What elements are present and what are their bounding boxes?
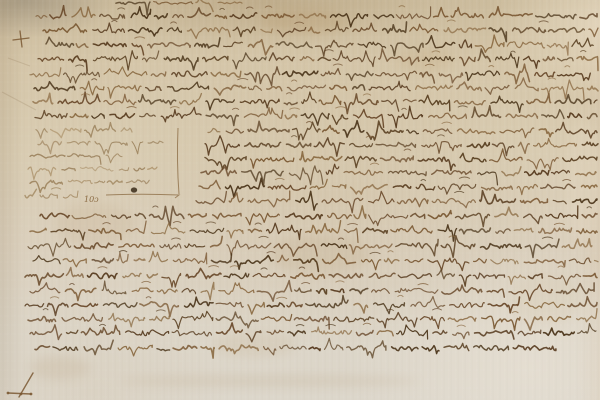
abbreviation-mark [542, 237, 553, 239]
ink-word-stroke [474, 259, 487, 263]
cross-dot [20, 393, 23, 396]
ink-word-stroke [323, 126, 339, 134]
ink-word-stroke [119, 168, 128, 171]
ink-word-stroke [201, 167, 236, 176]
ink-word-stroke [53, 347, 78, 351]
box-vertical-rule [177, 128, 179, 194]
ink-word-stroke [398, 274, 431, 279]
cross-marks [7, 31, 33, 397]
ink-word-stroke [199, 180, 220, 188]
abbreviation-mark [112, 20, 118, 22]
ink-word-stroke [233, 27, 255, 37]
ink-word-stroke [377, 331, 393, 336]
abbreviation-mark [489, 66, 495, 68]
ink-word-stroke [205, 136, 239, 155]
ink-word-stroke [28, 167, 56, 179]
ink-word-stroke [491, 96, 523, 112]
ink-word-stroke [154, 2, 193, 5]
ink-word-stroke [397, 198, 428, 207]
ink-word-stroke [422, 346, 439, 354]
ink-word-stroke [300, 57, 314, 61]
abbreviation-mark [237, 78, 248, 80]
ink-word-stroke [444, 343, 469, 350]
ink-word-stroke [475, 35, 504, 52]
ink-word-stroke [350, 143, 373, 147]
bottom-margin-cross-icon [7, 373, 33, 397]
abbreviation-mark [336, 281, 345, 283]
abbreviation-mark [554, 223, 565, 225]
ink-word-stroke [126, 180, 149, 184]
ink-word-stroke [478, 172, 498, 185]
abbreviation-mark [301, 282, 310, 284]
ink-word-stroke [518, 330, 541, 335]
ink-word-stroke [416, 184, 435, 190]
ink-word-stroke [224, 273, 249, 278]
abbreviation-mark [291, 80, 297, 82]
ink-word-stroke [513, 28, 546, 33]
ink-word-stroke [515, 78, 538, 91]
ink-word-stroke [372, 289, 390, 294]
ink-word-stroke [35, 111, 67, 119]
ink-word-stroke [325, 338, 343, 350]
ink-word-stroke [429, 113, 467, 119]
box-horizontal-rule [106, 194, 179, 198]
ink-word-stroke [92, 258, 113, 263]
ink-word-stroke [140, 114, 156, 117]
ink-word-stroke [369, 273, 395, 278]
ink-word-stroke [374, 15, 394, 19]
ink-word-stroke [155, 14, 168, 19]
ink-word-stroke [388, 106, 422, 128]
ink-word-stroke [157, 289, 177, 293]
ink-word-stroke [428, 211, 451, 219]
abbreviation-mark [98, 267, 108, 269]
ink-word-stroke [147, 274, 157, 278]
abbreviation-mark [246, 7, 253, 9]
ink-word-stroke [500, 128, 534, 138]
abbreviation-mark [565, 66, 570, 68]
ink-word-stroke [393, 185, 410, 188]
ink-word-stroke [261, 315, 291, 322]
ink-word-stroke [227, 230, 243, 238]
ink-word-stroke [188, 214, 206, 218]
ink-word-stroke [328, 213, 352, 218]
ink-word-stroke [282, 71, 317, 76]
ink-word-stroke [81, 325, 120, 335]
ink-word-stroke [358, 42, 386, 48]
ink-word-stroke [64, 71, 100, 83]
ink-word-stroke [369, 214, 408, 225]
ink-word-stroke [109, 313, 145, 326]
ink-word-stroke [84, 340, 113, 354]
ink-word-stroke [287, 85, 325, 91]
ink-word-stroke [489, 28, 506, 42]
ink-word-stroke [506, 113, 537, 118]
abbreviation-mark [153, 206, 159, 208]
ink-word-stroke [543, 57, 554, 61]
ink-word-stroke [201, 282, 214, 300]
ink-word-stroke [420, 72, 435, 83]
ink-word-stroke [295, 288, 311, 292]
ink-word-stroke [507, 42, 544, 48]
ink-word-stroke [524, 214, 543, 223]
abbreviation-mark [170, 107, 180, 109]
ink-word-stroke [354, 303, 368, 313]
ink-word-stroke [472, 106, 501, 118]
ink-word-stroke [558, 58, 574, 61]
abbreviation-mark [265, 6, 272, 8]
ink-word-stroke [589, 28, 598, 36]
ink-word-stroke [216, 302, 243, 307]
ink-word-stroke [81, 167, 114, 171]
ink-word-stroke [70, 114, 88, 118]
ink-word-stroke [146, 86, 162, 90]
abbreviation-mark [99, 324, 106, 326]
ink-word-stroke [215, 15, 226, 18]
ink-word-stroke [345, 156, 376, 167]
ink-word-stroke [407, 130, 419, 134]
ink-word-stroke [332, 115, 347, 124]
ink-word-stroke [107, 180, 122, 184]
ink-word-stroke [164, 56, 198, 70]
ink-word-stroke [195, 38, 220, 48]
ink-word-stroke [356, 331, 373, 336]
ink-word-stroke [416, 85, 453, 90]
top-margin-cross-icon [13, 31, 29, 47]
ink-word-stroke [187, 27, 230, 38]
ink-word-stroke [314, 138, 344, 156]
ink-word-stroke [248, 191, 290, 207]
ink-word-stroke [383, 22, 407, 33]
ink-word-stroke [36, 15, 47, 18]
ink-word-stroke [346, 71, 373, 80]
ink-word-stroke [34, 82, 75, 91]
ink-word-stroke [188, 8, 211, 17]
ink-word-stroke [524, 56, 540, 68]
ink-word-stroke [489, 7, 532, 18]
ink-word-stroke [395, 288, 438, 293]
ink-word-stroke [539, 228, 572, 233]
ink-word-stroke [36, 129, 47, 139]
abbreviation-mark [276, 297, 287, 299]
ink-word-stroke [135, 213, 145, 218]
ink-word-stroke [72, 7, 95, 17]
ink-word-stroke [117, 253, 128, 263]
ink-word-stroke [100, 14, 125, 19]
ink-word-stroke [219, 283, 254, 294]
ink-word-stroke [51, 128, 82, 137]
abbreviation-mark [208, 266, 219, 268]
ink-word-stroke [467, 143, 489, 148]
ink-word-stroke [396, 239, 438, 255]
ink-word-stroke [369, 81, 410, 91]
abbreviation-mark [259, 236, 269, 238]
ink-word-stroke [318, 58, 330, 61]
ink-word-stroke [594, 100, 597, 103]
abbreviation-mark [134, 37, 145, 39]
abbreviation-mark [442, 122, 452, 124]
ink-word-stroke [267, 223, 302, 239]
ink-word-stroke [410, 24, 438, 33]
ink-word-stroke [235, 256, 273, 270]
abbreviation-mark [51, 188, 61, 190]
ink-word-stroke [182, 288, 196, 293]
abbreviation-mark [261, 268, 268, 270]
margin-figure-label: 10ɔ [84, 195, 99, 204]
ink-word-stroke [329, 274, 363, 279]
ink-word-stroke [548, 28, 584, 32]
abbreviation-mark [220, 8, 225, 10]
ink-word-stroke [65, 288, 95, 300]
ink-word-stroke [126, 330, 169, 336]
ink-word-stroke [132, 288, 153, 292]
ink-word-stroke [306, 221, 341, 234]
ink-word-stroke [102, 281, 126, 294]
crease-layer [2, 58, 36, 110]
ink-word-stroke [67, 141, 90, 145]
ink-word-stroke [76, 44, 88, 48]
abbreviation-mark [146, 297, 151, 299]
ink-word-stroke [173, 311, 213, 328]
ink-word-stroke [248, 229, 261, 232]
ink-word-stroke [542, 110, 564, 119]
ink-word-stroke [157, 349, 170, 351]
ink-word-stroke [267, 330, 283, 334]
ink-word-stroke [30, 283, 60, 293]
abbreviation-mark [558, 266, 564, 268]
ink-word-stroke [434, 8, 448, 17]
ink-word-stroke [67, 330, 78, 333]
ink-word-stroke [321, 69, 340, 76]
ink-word-stroke [453, 332, 469, 339]
ink-word-stroke [344, 170, 382, 175]
ink-word-stroke [451, 8, 483, 18]
ink-word-stroke [103, 303, 137, 308]
ink-word-stroke [369, 191, 394, 204]
abbreviation-mark [398, 295, 404, 297]
abbreviation-mark [432, 309, 442, 311]
ink-word-stroke [245, 142, 281, 147]
ink-word-stroke [428, 258, 469, 270]
ink-word-stroke [444, 28, 486, 33]
ink-word-stroke [439, 73, 462, 83]
abbreviation-mark [457, 325, 466, 327]
abbreviation-mark [306, 122, 312, 124]
ink-word-stroke [185, 297, 214, 307]
ink-word-stroke [162, 274, 181, 288]
abbreviation-mark [363, 323, 371, 325]
ink-word-stroke [172, 331, 211, 336]
ink-word-stroke [33, 93, 53, 103]
ink-word-stroke [496, 229, 510, 233]
ink-word-stroke [459, 40, 471, 48]
ink-word-stroke [454, 101, 485, 105]
ink-word-stroke [474, 345, 509, 350]
abbreviation-mark [399, 6, 405, 8]
abbreviation-mark [447, 20, 456, 22]
margin-note-box [106, 128, 179, 198]
ink-word-stroke [536, 14, 576, 19]
ink-word-stroke [405, 259, 423, 263]
ink-word-stroke [150, 316, 169, 321]
ink-word-stroke [80, 81, 104, 95]
ink-word-stroke [206, 114, 238, 125]
ink-word-stroke [572, 38, 593, 47]
ink-word-stroke [69, 56, 87, 71]
ink-word-stroke [38, 57, 64, 61]
abbreviation-mark [117, 8, 125, 10]
abbreviation-mark [142, 281, 151, 283]
ink-word-stroke [583, 273, 597, 277]
ink-word-stroke [148, 167, 157, 169]
manuscript-photo: 10ɔ [0, 0, 600, 400]
abbreviation-mark [347, 223, 358, 225]
ink-word-stroke [287, 302, 302, 306]
ink-word-stroke [296, 191, 317, 210]
ink-word-stroke [587, 114, 597, 119]
abbreviation-mark [91, 79, 97, 81]
ink-word-stroke [206, 99, 234, 110]
ink-word-stroke [269, 53, 294, 61]
ink-word-stroke [248, 86, 261, 90]
ink-word-stroke [595, 261, 599, 262]
ink-word-stroke [367, 121, 403, 140]
abbreviation-mark [580, 50, 586, 52]
ink-word-stroke [487, 289, 504, 297]
abbreviation-mark [437, 135, 444, 137]
ink-word-stroke [224, 42, 243, 46]
ink-word-stroke [88, 273, 118, 278]
ink-word-stroke [353, 85, 365, 90]
ink-word-stroke [267, 87, 282, 91]
ink-word-stroke [513, 346, 556, 351]
stain-blotch [30, 356, 90, 380]
ink-word-stroke [438, 225, 457, 241]
ink-word-stroke [334, 317, 374, 322]
abbreviation-mark [363, 94, 371, 96]
ink-word-stroke [363, 228, 388, 233]
ink-word-stroke [437, 270, 454, 279]
ink-word-stroke [62, 314, 102, 322]
ink-word-stroke [389, 171, 427, 176]
ink-word-stroke [148, 141, 163, 143]
ink-word-stroke [580, 14, 597, 19]
ink-word-stroke [588, 86, 598, 91]
ink-word-stroke [134, 259, 145, 261]
ink-word-stroke [475, 331, 514, 339]
ink-word-stroke [419, 95, 450, 111]
ink-word-stroke [289, 166, 323, 185]
ink-word-stroke [140, 302, 178, 317]
ink-word-stroke [480, 191, 516, 204]
ink-word-stroke [203, 56, 228, 61]
ink-word-stroke [481, 244, 522, 249]
ink-word-stroke [118, 345, 152, 356]
ink-word-stroke [106, 154, 122, 163]
abbreviation-mark [404, 149, 411, 151]
ink-word-stroke [139, 95, 176, 105]
ink-word-stroke [151, 72, 166, 76]
ink-word-stroke [568, 113, 582, 117]
abbreviation-mark [173, 221, 181, 223]
abbreviation-mark [548, 78, 556, 80]
ink-word-stroke [578, 324, 596, 334]
ink-word-stroke [253, 273, 285, 277]
ink-word-stroke [562, 239, 592, 249]
ink-word-stroke [392, 347, 418, 351]
ink-word-stroke [116, 2, 150, 15]
ink-word-stroke [396, 7, 430, 19]
ink-word-stroke [285, 115, 296, 119]
ink-word-stroke [347, 341, 386, 358]
ink-word-stroke [514, 228, 533, 232]
ink-word-stroke [226, 178, 265, 197]
ink-word-stroke [344, 94, 378, 114]
ink-word-stroke [132, 142, 143, 154]
ink-word-stroke [212, 254, 232, 263]
margin-note-block: 10ɔ [25, 123, 179, 205]
abbreviation-mark [127, 107, 137, 109]
abbreviation-mark [171, 238, 180, 240]
ink-word-stroke [63, 259, 86, 267]
stain-blotch [120, 375, 420, 387]
ink-word-stroke [432, 199, 475, 208]
ink-word-stroke [547, 42, 568, 55]
abbreviation-mark [275, 178, 284, 180]
ink-word-stroke [143, 51, 159, 62]
ink-word-stroke [62, 168, 75, 171]
cross-stroke [8, 393, 31, 394]
ink-word-stroke [423, 129, 452, 133]
ink-word-stroke [40, 194, 57, 198]
ink-word-stroke [226, 129, 243, 133]
ink-word-stroke [28, 238, 71, 256]
abbreviation-mark [326, 324, 336, 326]
ink-word-stroke [577, 309, 597, 322]
ink-word-stroke [227, 241, 271, 256]
ink-word-stroke [92, 114, 105, 118]
ink-word-stroke [30, 325, 62, 340]
ink-word-stroke [301, 113, 329, 125]
ink-word-stroke [288, 331, 305, 336]
abbreviation-mark [255, 223, 262, 225]
ink-word-stroke [377, 313, 417, 328]
ink-word-stroke [332, 185, 346, 189]
ink-word-stroke [343, 121, 364, 137]
ink-word-stroke [190, 228, 224, 233]
ink-word-stroke [251, 157, 294, 168]
abbreviation-mark [454, 191, 464, 193]
ink-word-stroke [211, 71, 241, 77]
ink-word-stroke [326, 164, 339, 174]
ink-word-stroke [300, 152, 342, 162]
ink-word-stroke [50, 6, 66, 19]
ink-word-stroke [173, 253, 207, 264]
abbreviation-mark [286, 93, 292, 95]
ink-word-stroke [286, 213, 323, 219]
ink-word-stroke [460, 57, 475, 66]
abbreviation-mark [370, 163, 379, 165]
ink-word-stroke [95, 181, 105, 183]
ink-word-stroke [397, 325, 428, 339]
ink-word-stroke [502, 167, 521, 176]
ink-word-stroke [68, 154, 101, 165]
ink-word-stroke [123, 273, 141, 277]
ink-word-stroke [214, 85, 245, 95]
ink-word-stroke [30, 154, 65, 158]
abbreviation-mark [418, 284, 429, 286]
ink-word-stroke [186, 268, 221, 278]
